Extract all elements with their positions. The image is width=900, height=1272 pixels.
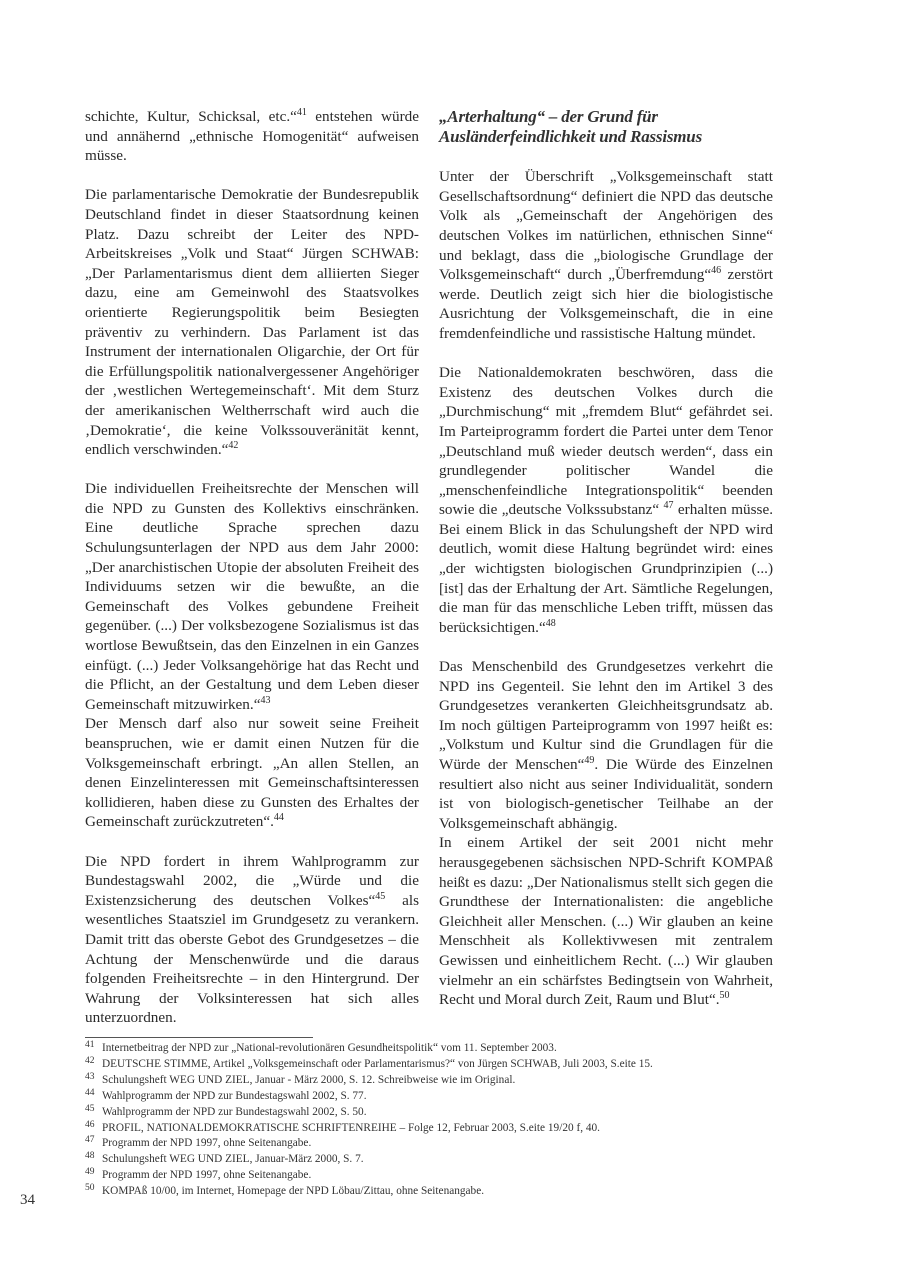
paragraph: Das Menschenbild des Grundgesetzes verke… — [439, 657, 773, 833]
footnote-text: Wahlprogramm der NPD zur Bundestagswahl … — [102, 1105, 367, 1121]
footnote-text: DEUTSCHE STIMME, Artikel „Volksgemeinsch… — [102, 1057, 653, 1073]
section-heading: „Arterhaltung“ – der Grund für Ausländer… — [439, 107, 773, 146]
paragraph: Die NPD fordert in ihrem Wahlprogramm zu… — [85, 852, 419, 1028]
footnote: 45Wahlprogramm der NPD zur Bundestagswah… — [85, 1105, 805, 1121]
footnote-ref[interactable]: 43 — [260, 695, 270, 706]
footnote-number: 41 — [85, 1038, 102, 1054]
footnote: 44Wahlprogramm der NPD zur Bundestagswah… — [85, 1089, 805, 1105]
paragraph: Der Mensch darf also nur soweit seine Fr… — [85, 714, 419, 832]
footnote: 43Schulungsheft WEG UND ZIEL, Januar - M… — [85, 1073, 805, 1089]
footnote: 48Schulungsheft WEG UND ZIEL, Januar-Mär… — [85, 1152, 805, 1168]
footnote: 42DEUTSCHE STIMME, Artikel „Volksgemeins… — [85, 1057, 805, 1073]
footnote-number: 43 — [85, 1070, 102, 1086]
footnote-ref[interactable]: 49 — [584, 755, 594, 766]
footnote: 41Internetbeitrag der NPD zur „National-… — [85, 1041, 805, 1057]
footnote: 49Programm der NPD 1997, ohne Seitenanga… — [85, 1168, 805, 1184]
paragraph: Die Nationaldemokraten beschwören, dass … — [439, 363, 773, 637]
footnote-ref[interactable]: 50 — [720, 990, 730, 1001]
right-column: „Arterhaltung“ – der Grund für Ausländer… — [439, 107, 773, 1029]
footnote-text: Programm der NPD 1997, ohne Seitenangabe… — [102, 1136, 311, 1152]
footnote-number: 44 — [85, 1086, 102, 1102]
footnote-ref[interactable]: 41 — [297, 107, 307, 118]
footnote-text: Wahlprogramm der NPD zur Bundestagswahl … — [102, 1089, 367, 1105]
footnote: 46PROFIL, NATIONALDEMOKRATISCHE SCHRIFTE… — [85, 1121, 805, 1137]
footnote-ref[interactable]: 47 — [664, 500, 674, 511]
page-number: 34 — [20, 1192, 35, 1209]
footnote-ref[interactable]: 42 — [228, 440, 238, 451]
footnote-text: Programm der NPD 1997, ohne Seitenangabe… — [102, 1168, 311, 1184]
paragraph: Die individuellen Freiheitsrechte der Me… — [85, 479, 419, 714]
footnote-number: 42 — [85, 1054, 102, 1070]
footnote: 50KOMPAß 10/00, im Internet, Homepage de… — [85, 1184, 805, 1200]
footnote-text: KOMPAß 10/00, im Internet, Homepage der … — [102, 1184, 484, 1200]
footnote-number: 49 — [85, 1165, 102, 1181]
footnote-ref[interactable]: 44 — [274, 812, 284, 823]
footnote-text: Schulungsheft WEG UND ZIEL, Januar-März … — [102, 1152, 364, 1168]
footnote-ref[interactable]: 46 — [711, 265, 721, 276]
footnote-ref[interactable]: 45 — [375, 891, 385, 902]
footnote-number: 47 — [85, 1133, 102, 1149]
paragraph: Die parlamentarische Demokratie der Bund… — [85, 185, 419, 459]
footnote: 47Programm der NPD 1997, ohne Seitenanga… — [85, 1136, 805, 1152]
paragraph: schichte, Kultur, Schicksal, etc.“41 ent… — [85, 107, 419, 166]
left-column: schichte, Kultur, Schicksal, etc.“41 ent… — [85, 107, 419, 1048]
footnote-number: 45 — [85, 1102, 102, 1118]
paragraph: Unter der Überschrift „Volksgemeinschaft… — [439, 167, 773, 343]
footnote-number: 50 — [85, 1181, 102, 1197]
footnote-text: Internetbeitrag der NPD zur „National-re… — [102, 1041, 557, 1057]
footnotes: 41Internetbeitrag der NPD zur „National-… — [85, 1041, 805, 1200]
footnote-ref[interactable]: 48 — [546, 618, 556, 629]
footnote-number: 46 — [85, 1118, 102, 1134]
paragraph: In einem Artikel der seit 2001 nicht meh… — [439, 833, 773, 1009]
footnote-text: PROFIL, NATIONALDEMOKRATISCHE SCHRIFTENR… — [102, 1121, 600, 1137]
footnote-text: Schulungsheft WEG UND ZIEL, Januar - Mär… — [102, 1073, 515, 1089]
footnote-number: 48 — [85, 1149, 102, 1165]
footnote-divider — [85, 1037, 313, 1038]
